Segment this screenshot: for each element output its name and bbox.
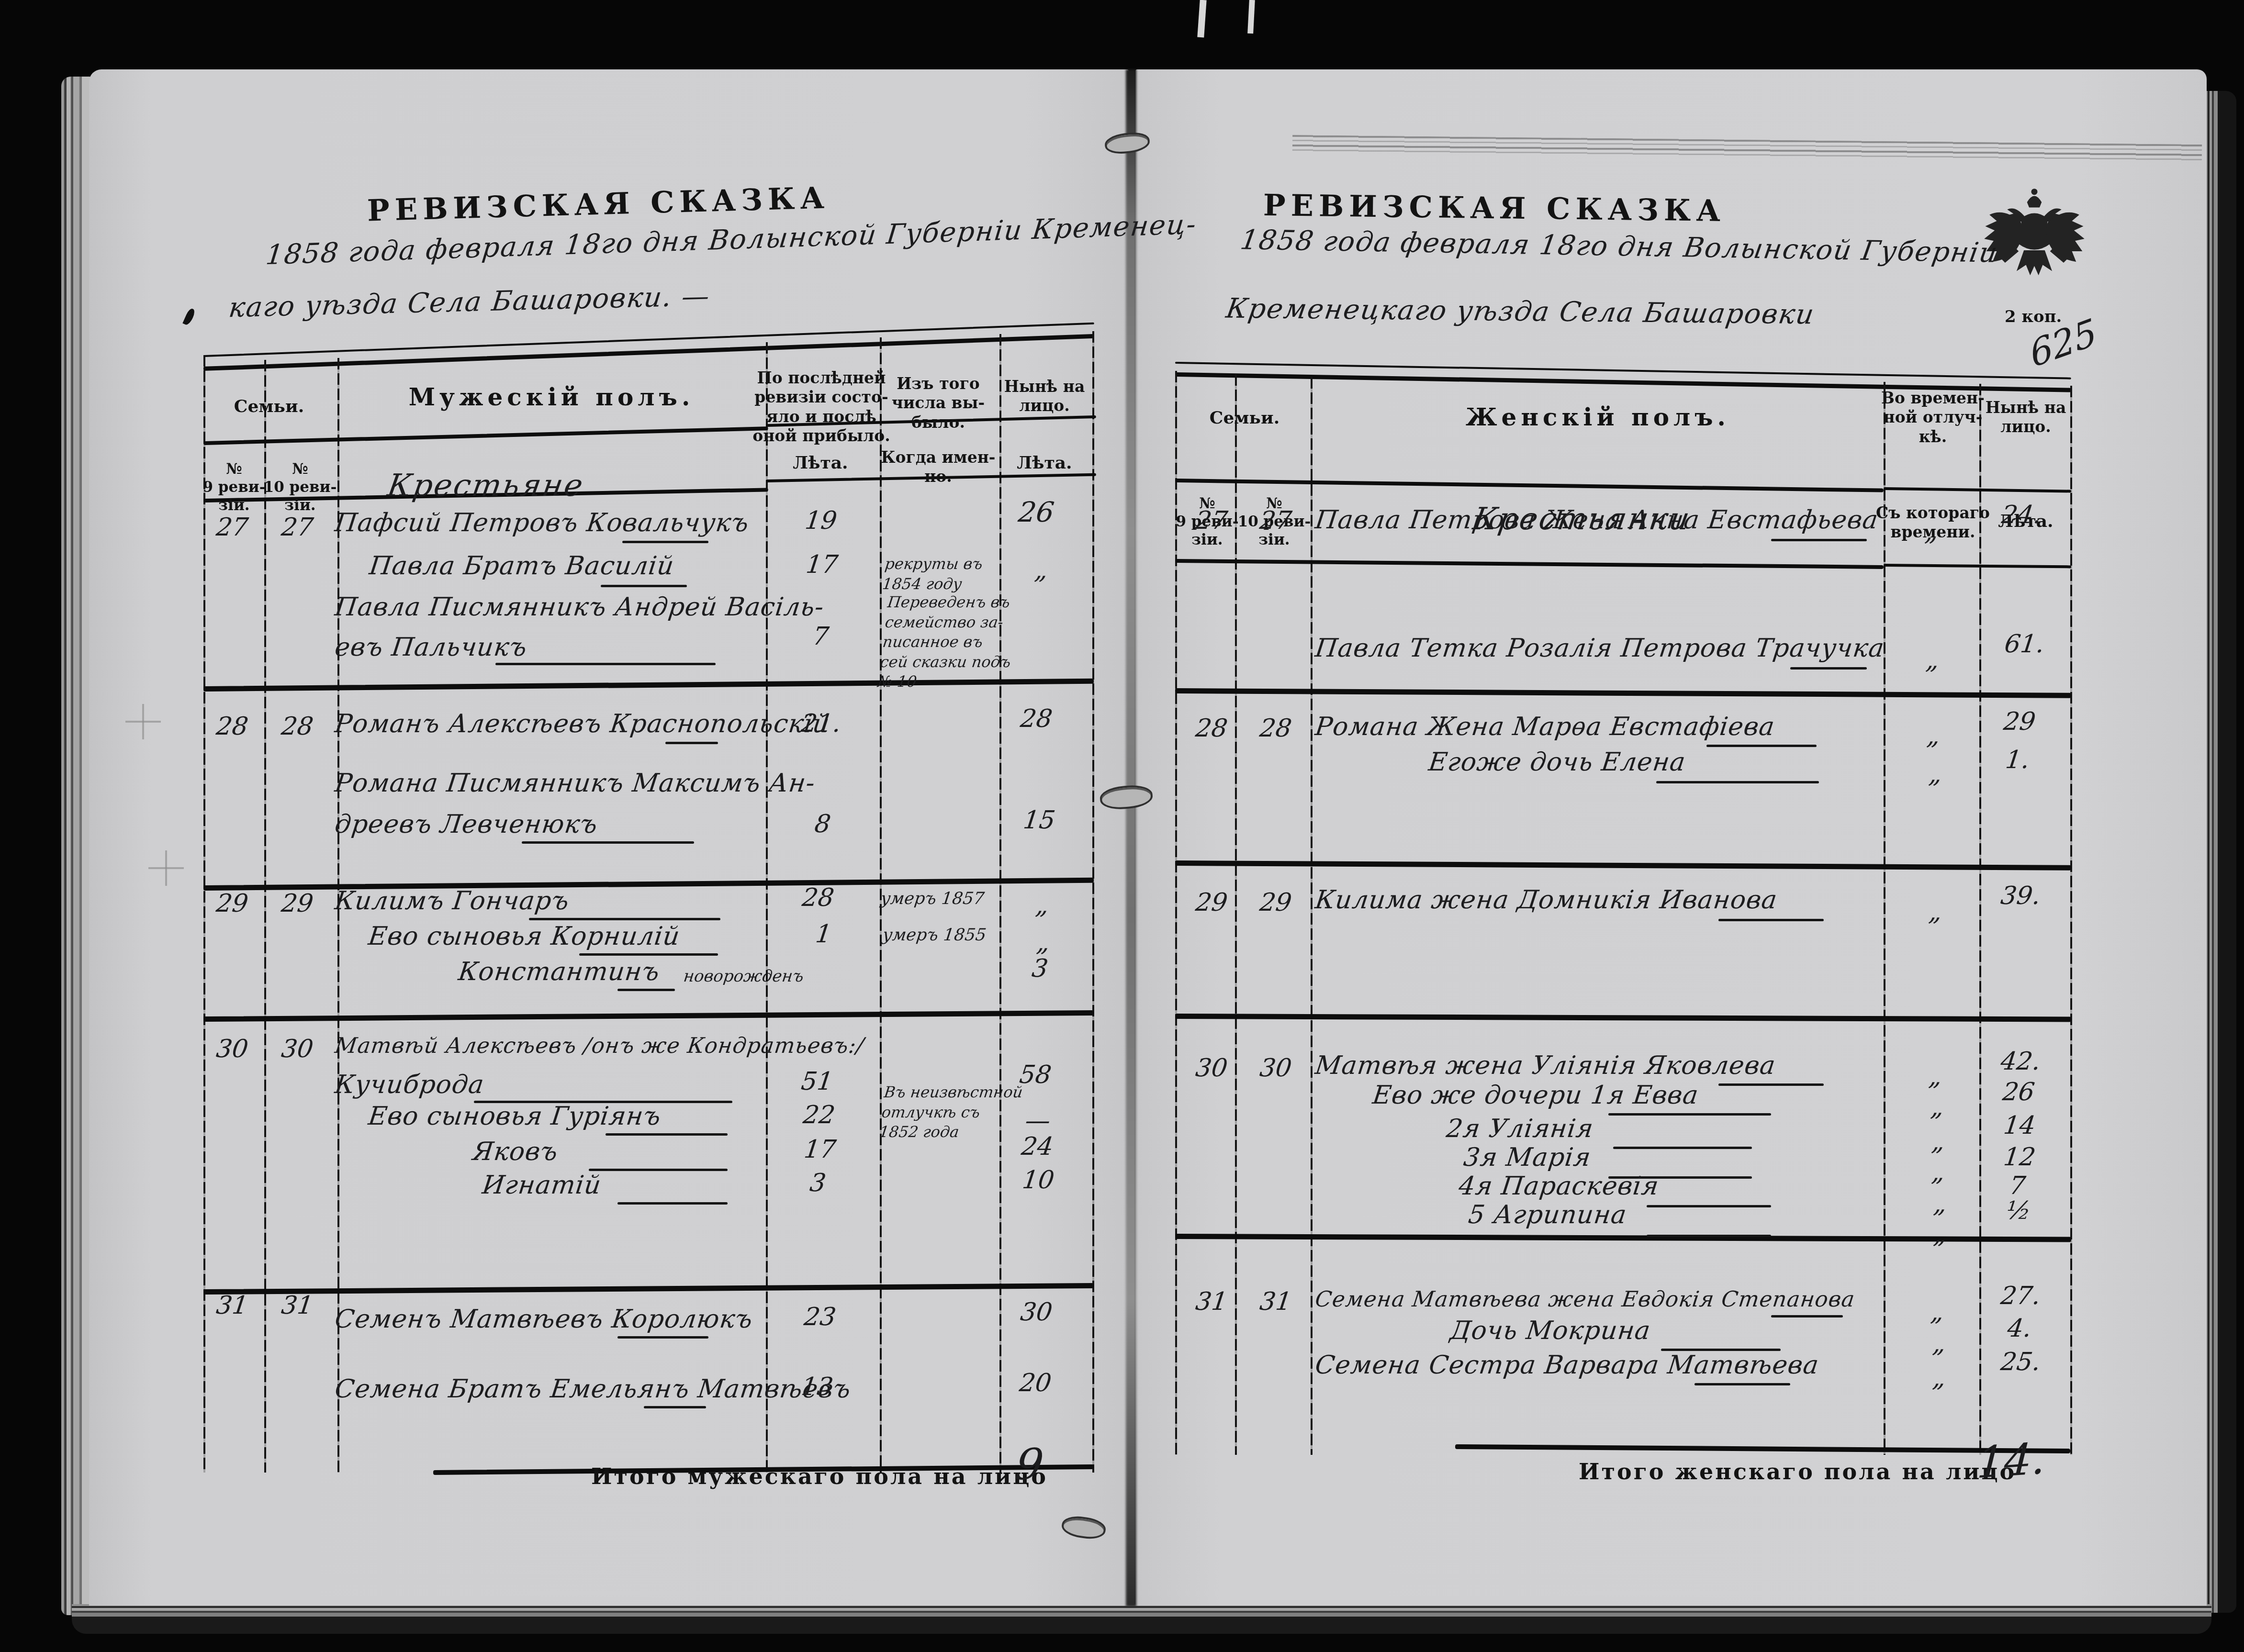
entry-name: 3я Марія [1462,1143,1593,1172]
col-now-present: Нынѣ на лицо. [1986,398,2066,437]
entry-name: Константинъ [457,957,661,986]
family-no10: 31 [1258,1287,1293,1316]
entry-age-now: 20 [1018,1369,1053,1397]
entry-note: умеръ 1855 [881,925,987,947]
family-no9: 29 [1194,888,1229,917]
table-column-line [766,342,768,1473]
book-page-edges-left [61,77,90,1615]
entry-dash [1718,919,1824,921]
entry-name: Пафсий Петровъ Ковальчукъ [333,508,751,537]
table-column-line [264,360,266,1473]
entry-age-now: 12 [2002,1143,2037,1172]
family-no10: 29 [1258,888,1293,917]
col-rev9: № 9 реви- зіи. [202,460,265,514]
book-gutter-fold [1126,69,1136,1607]
imperial-eagle-stamp-icon [1982,188,2087,304]
table-column-line [1884,382,1885,1455]
entry-dash [589,1169,728,1171]
entry-age-now: 14 [2002,1111,2037,1140]
entry-dash [522,841,694,844]
right-total-value: 14. [1975,1433,2046,1489]
entry-dash [1694,1383,1790,1385]
entry-name: Егоже дочь Елена [1427,748,1687,777]
entry-name: Павла Петрова Жена Анна Евстафьева [1313,505,1880,535]
entry-note: Въ неизвѣстной отлучкѣ съ 1852 года [878,1083,1023,1142]
scanned-book-spread: РЕВИЗСКАЯ СКАЗКА 1858 года февраля 18го … [0,0,2244,1652]
entry-age-now: 26 [1017,496,1056,528]
entry-dash [1613,1147,1752,1149]
entry-age-now: 4. [2006,1314,2033,1343]
entry-dash [495,663,716,665]
pencil-cross-mark [165,850,167,886]
family-no10: 27 [280,513,315,542]
entry-age-prev: 17 [802,1135,838,1164]
family-no10: 30 [1258,1054,1293,1083]
entry-name: Романъ Алексѣевъ Краснопольскій [333,709,831,738]
entry-age-now: 25. [1999,1348,2042,1376]
entry-name: Романа Жена Марѳа Евстафіева [1313,712,1776,741]
entry-name-cont: Кучиброда [333,1070,486,1099]
entry-name: Ево же дочери 1я Евва [1371,1081,1700,1110]
right-total-label: Итого женскаго пола на лицо [1579,1459,2016,1485]
entry-age-now: 61. [2003,630,2046,659]
entry-dash [622,541,708,543]
family-no10: 31 [280,1291,315,1320]
col-temp-absence: Во времен- ной отлуч- кѣ. [1881,389,1985,446]
entry-name: Килима жена Домникія Иванова [1313,885,1779,915]
entry-age-now: 10 [1021,1166,1056,1194]
entry-dash [1608,1113,1771,1116]
entry-name: Ево сыновья Гуріянъ [367,1102,662,1131]
entry-dash [1656,781,1819,783]
entry-age-now: ½ [2005,1196,2032,1225]
entry-name: 2я Уліянія [1445,1114,1595,1143]
entry-name: Дочь Мокрина [1448,1316,1652,1345]
entry-inline-note: новорожденъ [682,966,805,987]
table-column-line [2070,386,2072,1455]
entry-age-now: 30 [1019,1298,1054,1327]
entry-age-prev: 22 [801,1101,837,1129]
table-column-line [1979,384,1981,1455]
entry-note: умеръ 1857 [879,888,986,910]
family-no9: 27 [1194,506,1229,535]
family-no10: 29 [280,889,315,918]
col-male-sex: Мужескій полъ. [409,383,695,411]
entry-dash [1771,539,1867,541]
family-no9: 29 [214,889,250,918]
entry-dash [665,742,718,744]
entry-name: Павла Братъ Василій [368,551,675,580]
scan-top-streak [1197,0,1206,37]
entry-name: Семена Братъ Емельянъ Матвѣевъ [333,1374,853,1404]
family-no9: 31 [214,1291,250,1320]
entry-age-now: 24. [2000,501,2043,529]
right-page-title: РЕВИЗСКАЯ СКАЗКА [1263,188,1726,228]
family-no9: 27 [214,513,250,542]
entry-name: Игнатій [481,1171,603,1200]
entry-dash [1771,1315,1843,1317]
book-page-edges-right [2206,91,2236,1613]
col-family: Семьи. [1210,408,1280,429]
col-peasants-handwritten: Крестьяне [385,468,587,503]
entry-note: Переведенъ въ семейство за- писанное въ … [876,592,1019,692]
family-no9: 28 [1194,714,1229,743]
entry-age-now: 27. [1999,1282,2042,1310]
entry-age-now: 39. [1999,882,2042,910]
col-family: Семьи. [234,396,304,417]
entry-name: Ево сыновья Корнилій [367,922,682,951]
entry-dash [617,1336,708,1339]
entry-dash [529,918,720,920]
entry-name: Матвѣй Алексѣевъ /онъ же Кондратьевъ:/ [334,1033,866,1058]
col-rev10: № 10 реви- зіи. [264,460,337,514]
entry-name: Семена Матвѣева жена Евдокія Степанова [1314,1286,1857,1312]
col-years: Лѣта. [793,453,848,474]
entry-age-prev: 28 [800,883,836,912]
family-no10: 28 [280,712,315,741]
entry-dash [1647,1205,1771,1207]
entry-name: Семенъ Матвѣевъ Королюкъ [333,1305,754,1334]
entry-age-now: 1. [2004,746,2031,774]
entry-name: 5 Агрипина [1467,1200,1628,1229]
family-no10: 27 [1258,506,1293,535]
entry-dash [617,1202,728,1205]
family-no9: 31 [1194,1287,1229,1316]
family-no9: 30 [1194,1054,1229,1083]
entry-dash [601,585,687,587]
entry-age-now: 42. [1999,1047,2042,1076]
book-page-edges-bottom [72,1604,2211,1634]
entry-dash [1790,667,1867,670]
table-column-line [203,355,205,1473]
entry-age-now: 26 [2001,1078,2036,1106]
entry-dash [1706,745,1817,747]
col-departed: Изъ того числа вы- было. [892,374,985,432]
entry-name: Павла Писмянникъ Андрей Васіль- [333,592,826,622]
entry-name: Яковъ [471,1137,560,1166]
entry-name: Матвѣя жена Уліянія Яковлева [1313,1051,1777,1080]
col-female-sex: Женскій полъ. [1466,403,1730,431]
col-when-exactly: Когда имен- но. [881,448,995,487]
family-no10: 30 [280,1035,315,1063]
entry-age-prev: 21. [799,709,842,738]
entry-age-prev: 19 [803,506,839,535]
table-column-line [1092,331,1094,1473]
entry-age-prev: 51 [799,1067,835,1096]
table-column-line [1311,377,1313,1455]
entry-name: Павла Тетка Розалія Петрова Трачучка [1313,634,1886,663]
entry-dash [579,953,718,956]
col-prev-revision: По послѣдней ревизіи состо- яло и послѣ … [752,368,890,446]
right-heading-line2: Кременецкаго уѣзда Села Башаровки [1224,293,1817,331]
entry-age-now: 28 [1019,704,1054,733]
entry-age-now: 24 [1020,1132,1055,1161]
entry-name: Килимъ Гончаръ [333,886,571,915]
entry-age-now: 29 [2002,707,2037,736]
pencil-cross-mark [142,704,144,739]
scan-top-streak [1247,0,1255,33]
entry-name: 4я Параскевія [1457,1172,1661,1201]
entry-dash [617,989,675,991]
table-column-line [999,334,1001,1473]
entry-name: Романа Писмянникъ Максимъ Ан- [333,769,817,798]
entry-age-now: — [1023,1106,1052,1135]
entry-age-prev: 13 [799,1373,835,1401]
col-now-present: Нынѣ на лицо. [1004,377,1085,416]
family-no9: 30 [214,1035,250,1063]
entry-name-cont: евъ Пальчикъ [333,633,528,662]
entry-note: рекруты въ 1854 году [881,554,984,594]
family-no9: 28 [214,712,250,741]
entry-age-prev: 23 [802,1303,838,1331]
entry-age-prev: 17 [804,550,840,579]
family-no10: 28 [1258,714,1293,743]
entry-name-cont: дреевъ Левченюкъ [333,810,599,839]
col-years2: Лѣта. [1017,453,1072,474]
entry-age-now: 15 [1021,806,1057,835]
entry-name: Семена Сестра Варвара Матвѣева [1313,1351,1820,1380]
entry-dash [1647,1235,1771,1237]
entry-dash [644,1406,706,1408]
left-total-label: Итого мужескаго пола на лицо [591,1463,1048,1489]
entry-dash [1718,1083,1824,1086]
entry-dash [606,1133,728,1136]
